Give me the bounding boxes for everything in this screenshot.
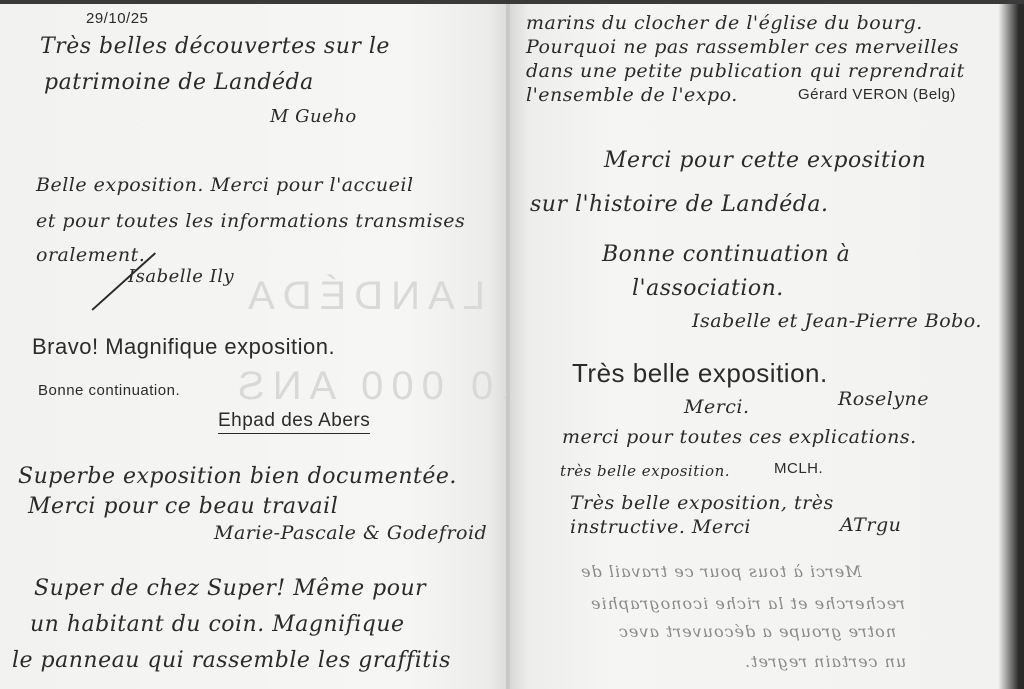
- mirrored-bleed-through-text: notre groupe a découvert avec: [618, 622, 896, 641]
- book-gutter: [506, 4, 510, 689]
- entry-line: l'ensemble de l'expo.: [526, 84, 738, 106]
- entry-signature: Isabelle et Jean-Pierre Bobo.: [692, 310, 982, 332]
- entry-line: Bonne continuation à: [602, 242, 850, 267]
- bleed-through-text: 10 000 ANS: [230, 364, 508, 409]
- entry-signature: Ehpad des Abers: [218, 410, 370, 434]
- entry-line: sur l'histoire de Landéda.: [530, 192, 828, 217]
- entry-signature: Marie-Pascale & Godefroid: [214, 522, 487, 544]
- entry-line: Très belles découvertes sur le: [40, 34, 390, 59]
- entry-signature: Isabelle Ily: [128, 266, 234, 287]
- entry-signature: Roselyne: [838, 388, 929, 410]
- left-page: LANDÉDA 10 000 ANS 29/10/25 Très belles …: [0, 4, 508, 689]
- entry-signature: MCLH.: [774, 460, 823, 477]
- entry-line: Merci pour ce beau travail: [28, 494, 338, 519]
- entry-line: très belle exposition.: [560, 462, 730, 480]
- entry-line: instructive. Merci: [570, 516, 751, 538]
- entry-line: merci pour toutes ces explications.: [562, 426, 917, 448]
- entry-line: et pour toutes les informations transmis…: [36, 210, 465, 232]
- mirrored-bleed-through-text: Merci à tous pour ce travail de: [580, 562, 862, 581]
- entry-signature: M Gueho: [270, 106, 357, 127]
- entry-line: Merci pour cette exposition: [604, 148, 926, 173]
- bleed-through-text: LANDÉDA: [240, 274, 485, 319]
- entry-line: Super de chez Super! Même pour: [34, 576, 426, 601]
- entry-signature: Gérard VERON (Belg): [798, 86, 956, 103]
- entry-line: le panneau qui rassemble les graffitis: [12, 648, 451, 673]
- entry-line: un habitant du coin. Magnifique: [30, 612, 405, 637]
- entry-line: patrimoine de Landéda: [44, 70, 314, 95]
- right-page: marins du clocher de l'église du bourg. …: [508, 4, 1024, 689]
- entry-line: Merci.: [684, 396, 750, 418]
- entry-line: Bravo! Magnifique exposition.: [32, 334, 335, 360]
- entry-line: Belle exposition. Merci pour l'accueil: [36, 174, 414, 196]
- entry-line: Superbe exposition bien documentée.: [18, 464, 457, 489]
- guestbook-spread: LANDÉDA 10 000 ANS 29/10/25 Très belles …: [0, 4, 1024, 689]
- entry-line: marins du clocher de l'église du bourg.: [526, 12, 923, 34]
- mirrored-bleed-through-text: recherche et la riche iconographie: [590, 594, 905, 613]
- entry-line: oralement.: [36, 244, 145, 266]
- mirrored-bleed-through-text: un certain regret.: [744, 652, 906, 671]
- entry-line: Bonne continuation.: [38, 382, 180, 399]
- entry-line: Très belle exposition.: [572, 358, 828, 389]
- entry-line: Pourquoi ne pas rassembler ces merveille…: [526, 36, 959, 58]
- entry-date: 29/10/25: [86, 10, 148, 27]
- entry-signature: ATrgu: [840, 514, 901, 536]
- entry-line: l'association.: [632, 276, 784, 301]
- entry-line: Très belle exposition, très: [570, 492, 834, 514]
- entry-line: dans une petite publication qui reprendr…: [526, 60, 965, 82]
